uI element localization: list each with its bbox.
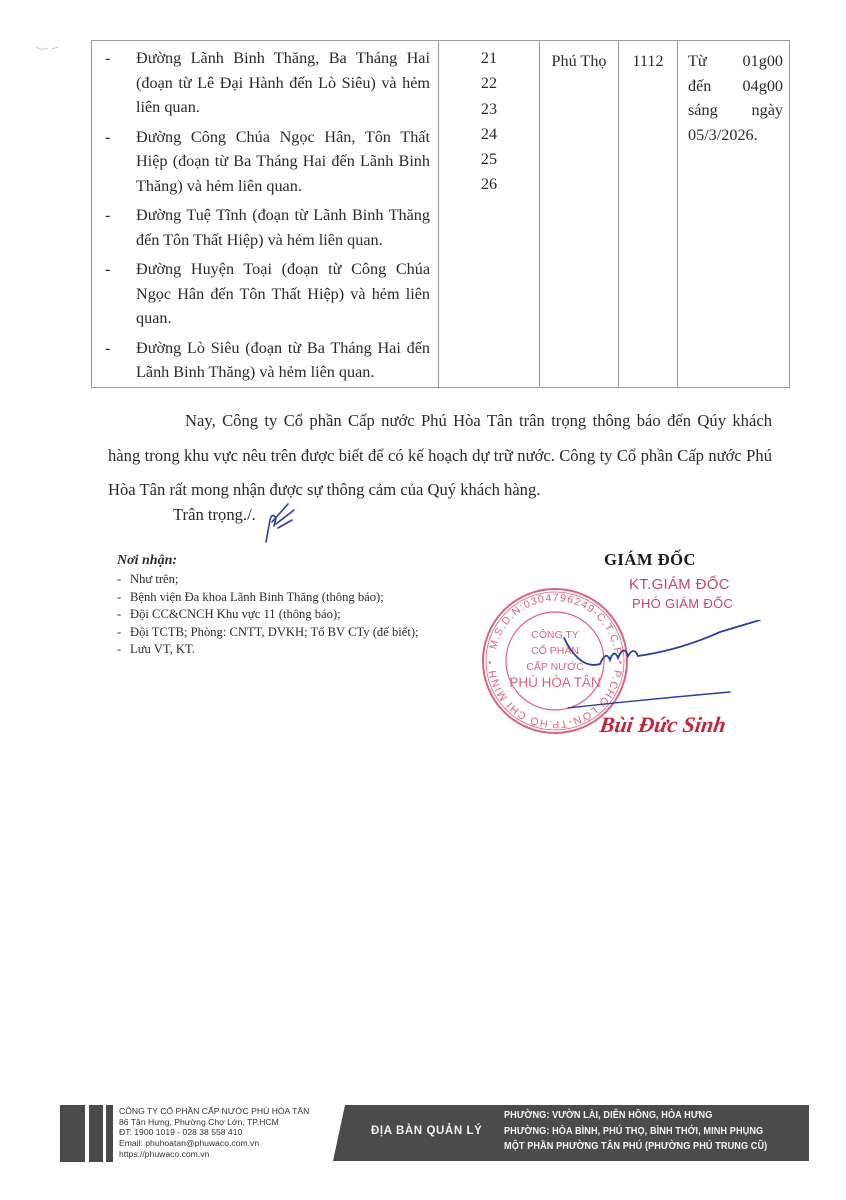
street-item: -Đường Công Chúa Ngọc Hân, Tôn Thất Hiệp…	[92, 125, 430, 199]
initial-signature-icon	[258, 498, 298, 544]
street-item: -Đường Huyện Toại (đoạn từ Công Chúa Ngọ…	[92, 257, 430, 331]
company-name: CÔNG TY CỔ PHẦN CẤP NƯỚC PHÚ HÒA TÂN	[119, 1106, 309, 1117]
footer-logo-bar	[60, 1105, 85, 1162]
service-area-item: PHƯỜNG: HÒA BÌNH, PHÚ THỌ, BÌNH THỚI, MI…	[504, 1124, 767, 1140]
recipient-item: -Như trên;	[117, 571, 419, 589]
footer-logo-bar	[106, 1105, 113, 1162]
number-item: 22	[439, 71, 539, 96]
footer-logo-bar	[89, 1105, 103, 1162]
street-item: -Đường Lò Siêu (đoạn từ Ba Tháng Hai đến…	[92, 336, 430, 385]
on-behalf-label: KT.GIÁM ĐỐC	[629, 576, 730, 593]
number-item: 21	[439, 46, 539, 71]
ward-cell: Phú Thọ	[539, 41, 618, 387]
company-email: Email: phuhoatan@phuwaco.com.vn	[119, 1138, 309, 1149]
scan-artifact-icon	[34, 44, 62, 52]
recipient-item: -Đội TCTB; Phòng: CNTT, DVKH; Tổ BV CTy …	[117, 624, 419, 642]
service-area-item: MỘT PHẦN PHƯỜNG TÂN PHÚ (PHƯỜNG PHÚ TRUN…	[504, 1139, 767, 1155]
service-area-label: ĐỊA BÀN QUẢN LÝ	[371, 1125, 482, 1137]
code-cell: 1112	[618, 41, 677, 387]
number-item: 24	[439, 122, 539, 147]
signer-name: Bùi Đức Sinh	[598, 712, 727, 738]
signer-position: PHÓ GIÁM ĐỐC	[632, 596, 733, 611]
street-item: -Đường Tuệ Tĩnh (đoạn từ Lãnh Binh Thăng…	[92, 203, 430, 252]
recipient-item: -Lưu VT, KT.	[117, 641, 419, 659]
number-item: 25	[439, 147, 539, 172]
recipients-title: Nơi nhận:	[117, 552, 419, 570]
company-website: https://phuwaco.com.vn	[119, 1149, 309, 1160]
company-address: 86 Tân Hưng, Phường Chợ Lớn, TP.HCM	[119, 1117, 309, 1128]
recipients-block: Nơi nhận: -Như trên; -Bệnh viện Đa khoa …	[117, 552, 419, 659]
number-item: 23	[439, 97, 539, 122]
service-area-item: PHƯỜNG: VƯỜN LÀI, DIÊN HỒNG, HÒA HƯNG	[504, 1108, 767, 1124]
street-list: -Đường Lãnh Binh Thăng, Ba Tháng Hai (đo…	[92, 41, 438, 385]
time-cell: Từ01g00 đến04g00 sángngày 05/3/2026.	[677, 41, 791, 387]
station-code: 1112	[632, 52, 663, 70]
company-phone: ĐT: 1900 1019 - 028 38 558 410	[119, 1127, 309, 1138]
service-area-list: PHƯỜNG: VƯỜN LÀI, DIÊN HỒNG, HÒA HƯNG PH…	[504, 1108, 767, 1155]
footer-company-info: CÔNG TY CỔ PHẦN CẤP NƯỚC PHÚ HÒA TÂN 86 …	[119, 1106, 309, 1160]
number-item: 26	[439, 172, 539, 197]
streets-cell: -Đường Lãnh Binh Thăng, Ba Tháng Hai (đo…	[92, 41, 438, 387]
ward-name: Phú Thọ	[551, 52, 606, 70]
recipient-item: -Bệnh viện Đa khoa Lãnh Binh Thăng (thôn…	[117, 589, 419, 607]
recipient-item: -Đội CC&CNCH Khu vực 11 (thông báo);	[117, 606, 419, 624]
signature-title: GIÁM ĐỐC	[604, 550, 696, 570]
numbers-cell: 21 22 23 24 25 26	[438, 41, 539, 387]
notice-paragraph: Nay, Công ty Cổ phần Cấp nước Phú Hòa Tâ…	[108, 404, 772, 508]
closing-regards: Trân trọng./.	[173, 505, 256, 525]
street-item: -Đường Lãnh Binh Thăng, Ba Tháng Hai (đo…	[92, 46, 430, 120]
recipients-list: -Như trên; -Bệnh viện Đa khoa Lãnh Binh …	[117, 571, 419, 659]
outage-schedule-table: -Đường Lãnh Binh Thăng, Ba Tháng Hai (đo…	[91, 40, 790, 388]
